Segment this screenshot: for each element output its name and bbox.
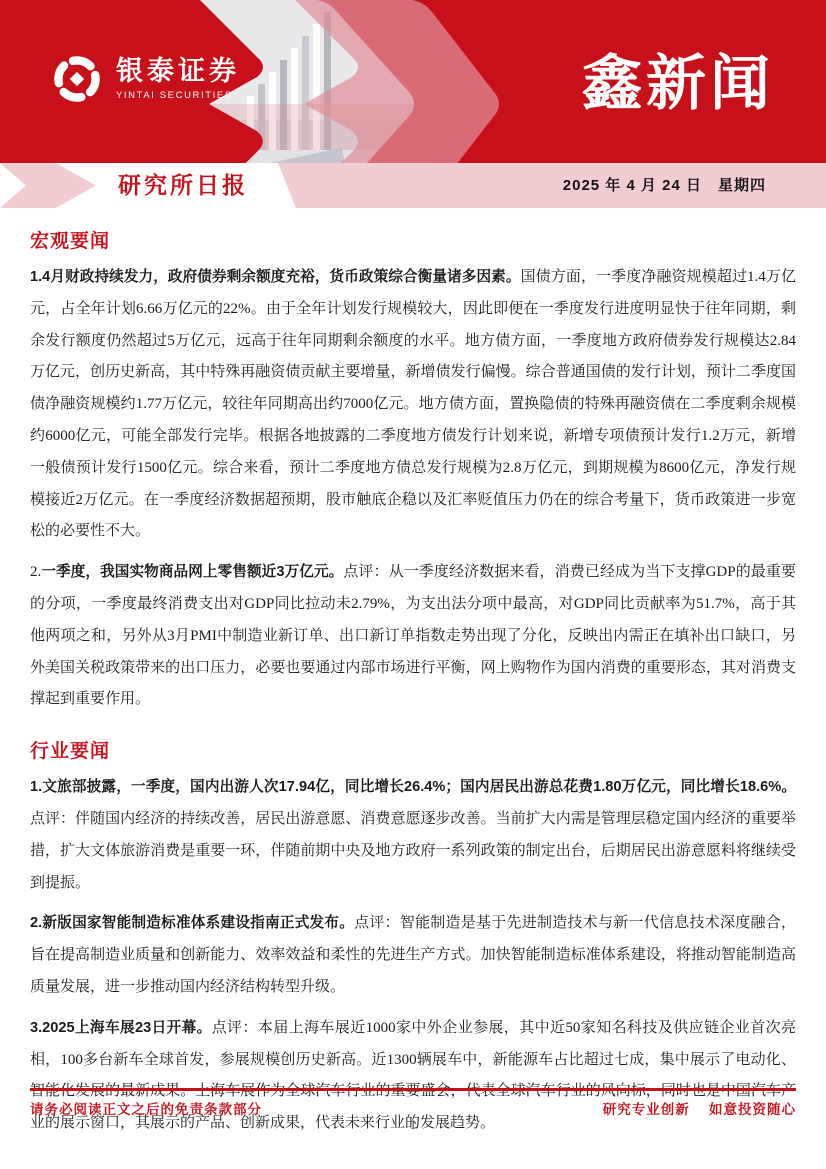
news-item: 2.新版国家智能制造标准体系建设指南正式发布。点评：智能制造是基于先进制造技术与… (30, 908, 796, 1003)
section-heading-macro: 宏观要闻 (30, 226, 796, 253)
report-page: 银泰证券 YINTAI SECURITIES 鑫新闻 研究所日报 2025 年 … (0, 0, 826, 1169)
header-banner: 银泰证券 YINTAI SECURITIES 鑫新闻 研究所日报 2025 年 … (0, 0, 826, 208)
company-logo: 银泰证券 YINTAI SECURITIES (50, 52, 240, 106)
section-heading-industry: 行业要闻 (30, 736, 796, 763)
item-body: 点评：从一季度经济数据来看，消费已经成为当下支撑GDP的最重要的分项，一季度最终… (30, 564, 796, 707)
item-headline: 1.文旅部披露，一季度，国内出游人次17.94亿，同比增长26.4%；国内居民出… (30, 779, 796, 795)
sub-band: 研究所日报 2025 年 4 月 24 日 星期四 (0, 163, 826, 208)
footer-slogan: 研究专业创新 如意投资随心 (603, 1098, 796, 1118)
report-type-label: 研究所日报 (118, 163, 248, 208)
report-body: 宏观要闻 1.4月财政持续发力，政府债券剩余额度充裕，货币政策综合衡量诸多因素。… (30, 208, 796, 1140)
news-item: 1.4月财政持续发力，政府债券剩余额度充裕，货币政策综合衡量诸多因素。国债方面，… (30, 262, 796, 548)
item-number: 2. (30, 564, 41, 580)
footer: 请务必阅读正文之后的免责条款部分 研究专业创新 如意投资随心 (30, 1088, 796, 1118)
yintai-flower-mark-icon (50, 52, 104, 106)
page-number: 1 (0, 1117, 826, 1133)
brand-name-en: YINTAI SECURITIES (116, 91, 240, 101)
news-item: 2.一季度，我国实物商品网上零售额近3万亿元。点评：从一季度经济数据来看，消费已… (30, 557, 796, 716)
news-item: 1.文旅部披露，一季度，国内出游人次17.94亿，同比增长26.4%；国内居民出… (30, 772, 796, 899)
item-headline: 一季度，我国实物商品网上零售额近3万亿元。 (41, 564, 343, 580)
item-headline: 1.4月财政持续发力，政府债券剩余额度充裕，货币政策综合衡量诸多因素。 (30, 269, 521, 285)
report-date: 2025 年 4 月 24 日 星期四 (563, 163, 766, 208)
item-body: 点评：伴随国内经济的持续改善，居民出游意愿、消费意愿逐步改善。当前扩大内需是管理… (30, 811, 796, 891)
item-body: 国债方面，一季度净融资规模超过1.4万亿元，占全年计划6.66万亿元的22%。由… (30, 269, 796, 539)
brand-name-cn: 银泰证券 (116, 57, 240, 87)
item-headline: 3.2025上海车展23日开幕。 (30, 1020, 212, 1036)
disclaimer-note: 请务必阅读正文之后的免责条款部分 (30, 1098, 262, 1118)
subband-left-chevron (0, 163, 96, 208)
masthead-title: 鑫新闻 (582, 36, 774, 122)
item-headline: 2.新版国家智能制造标准体系建设指南正式发布。 (30, 915, 354, 931)
